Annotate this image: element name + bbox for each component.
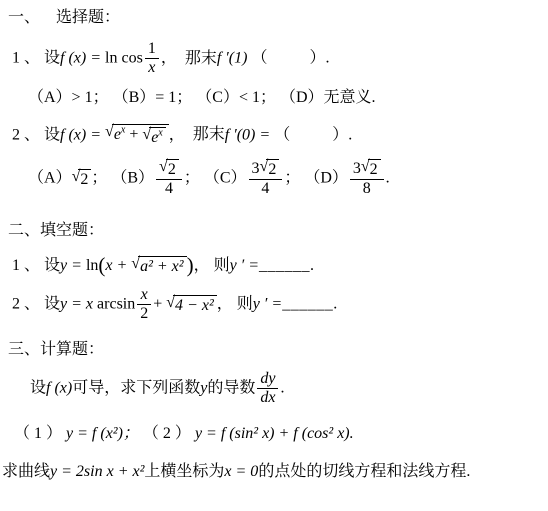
calc-period: .: [280, 379, 284, 396]
q1-derivative-at-1: f ′(1): [217, 50, 248, 67]
section-fill-heading: 二、填空题：: [0, 221, 548, 241]
calc-part1-label: （ 1 ）: [14, 425, 62, 442]
q2-she-label: 设: [44, 126, 60, 143]
calc-part2-label: （ 2 ）: [143, 425, 191, 442]
section-fill-number: 二、: [8, 222, 40, 239]
fill-q1-number: 1 、: [12, 257, 40, 274]
option-d-fraction: 3√28: [350, 159, 384, 199]
calc-intro: 设f (x)可导，求下列函数y的导数dydx.: [0, 370, 548, 408]
q1-option-d: （D）无意义.: [280, 89, 376, 106]
option-c-numerator: 3√2: [249, 159, 283, 180]
section-calc-heading: 三、计算题：: [0, 340, 548, 360]
q2-close-paren: ）.: [332, 126, 352, 143]
fill-q2-arcsin: arcsin: [97, 296, 135, 313]
option-b-radicand: 2: [166, 159, 179, 179]
fraction-2-denominator: 2: [137, 305, 151, 323]
plus-sign: +: [129, 126, 138, 143]
calc-fx: f (x): [46, 379, 72, 396]
fraction-x-numerator: x: [137, 286, 151, 305]
outer-radical: √ex + √ex: [105, 124, 169, 147]
option-d-coefficient: 3: [353, 160, 361, 177]
fill-q2: 2 、 设y = x arcsinx2+ √4 − x²， 则y ′ =____…: [0, 286, 548, 324]
fill-q1-radicand: a² + x²: [138, 256, 187, 276]
tangent-curve-expression: y = 2sin x + x²: [50, 463, 144, 480]
option-d-denominator: 8: [350, 180, 384, 198]
fraction-dy-over-dx: dydx: [257, 370, 278, 408]
choice-q1-stem: 1 、 设f (x) = ln cos1x，那末f ′(1) （）.: [0, 40, 548, 78]
fill-q2-ze-label: 则: [237, 296, 253, 313]
fill-q2-y-prime: y ′ =: [253, 296, 282, 313]
fill-q1-answer-blank: ______: [259, 257, 310, 274]
q1-option-b: （B）= 1；: [113, 89, 193, 106]
option-d-radicand: 2: [368, 159, 381, 179]
option-a-radicand: 2: [78, 169, 91, 189]
q1-open-paren: （: [251, 50, 267, 67]
fill-q1-period: .: [310, 257, 314, 274]
q1-number: 1 、: [12, 50, 40, 67]
q1-option-a: （A）> 1；: [28, 89, 109, 106]
tangent-x-equals-0: x = 0: [224, 463, 258, 480]
fill-q1-ze-label: 则: [214, 257, 230, 274]
fill-q2-plus: +: [153, 296, 162, 313]
option-b-denominator: 4: [156, 180, 182, 198]
calc-mid-text: 可导，求下列函数: [72, 379, 200, 396]
fill-q1-x-plus: x +: [105, 257, 127, 274]
q2-number: 2 、: [12, 126, 40, 143]
q2-derivative-at-0: f ′(0) =: [225, 126, 270, 143]
q2-option-a-label: （A）: [28, 169, 72, 186]
option-c-denominator: 4: [249, 180, 283, 198]
inner-radical: √ex: [142, 127, 165, 147]
fill-q2-comma: ，: [217, 296, 233, 313]
fill-q2-lhs: y = x: [60, 296, 93, 313]
q1-option-c: （C）< 1；: [196, 89, 276, 106]
q2-comma: ，: [169, 126, 185, 143]
q2-option-a-separator: ；: [91, 169, 107, 186]
tangent-pre-text: 求曲线: [2, 463, 50, 480]
fill-q2-answer-blank: ______: [282, 296, 333, 313]
calc-mid2-text: 的导数: [207, 379, 255, 396]
option-c-radicand: 2: [266, 159, 279, 179]
q2-option-b-label: （B）: [111, 169, 154, 186]
q2-then-label: 那末: [193, 126, 225, 143]
option-c-coefficient: 3: [252, 160, 260, 177]
q1-comma: ，: [161, 50, 177, 67]
q2-function-lhs: f (x) =: [60, 126, 101, 143]
fill-q2-radical: √4 − x²: [166, 295, 216, 315]
q2-option-c-label: （C）: [204, 169, 247, 186]
q1-function-lhs: f (x) =: [60, 50, 101, 67]
calc-part2-expression: y = f (sin² x) + f (cos² x).: [195, 425, 354, 442]
q2-option-b-separator: ；: [184, 169, 200, 186]
section-choice-heading: 一、选择题：: [0, 8, 548, 28]
option-a-radical: √2: [72, 169, 92, 189]
section-calc-title: 计算题：: [40, 341, 104, 358]
tangent-post-text: 的点处的切线方程和法线方程.: [258, 463, 470, 480]
choice-q2-stem: 2 、 设f (x) = √ex + √ex，那末f ′(0) = （）.: [0, 124, 548, 147]
section-fill-title: 填空题：: [40, 222, 104, 239]
fill-q1-radical: √a² + x²: [131, 256, 186, 276]
outer-radicand: ex + √ex: [112, 124, 169, 147]
fill-q1-she-label: 设: [44, 257, 60, 274]
calc-parts: （ 1 ） y = f (x²)； （ 2 ） y = f (sin² x) +…: [0, 424, 548, 444]
fraction-dy: dy: [257, 370, 278, 389]
fill-q1: 1 、 设y = ln(x + √a² + x²)， 则y ′ =______.: [0, 255, 548, 276]
fill-q1-comma: ，: [194, 257, 210, 274]
option-c-radical: √2: [260, 159, 280, 179]
fill-q2-period: .: [333, 296, 337, 313]
q2-option-c-separator: ；: [284, 169, 300, 186]
fill-q2-radicand: 4 − x²: [173, 295, 217, 315]
fill-q1-lhs: y =: [60, 257, 82, 274]
fraction-denominator: x: [145, 59, 159, 77]
q2-option-d-period: .: [386, 169, 390, 186]
choice-q1-options: （A）> 1； （B）= 1； （C）< 1； （D）无意义.: [0, 88, 548, 108]
fill-q2-number: 2 、: [12, 296, 40, 313]
fill-q1-close-paren: ): [187, 253, 194, 277]
q1-close-paren: ）.: [309, 50, 329, 67]
fill-q2-she-label: 设: [44, 296, 60, 313]
section-calc-number: 三、: [8, 341, 40, 358]
option-b-fraction: √24: [156, 159, 182, 199]
fraction-numerator: 1: [145, 40, 159, 59]
fraction-1-over-x: 1x: [145, 40, 159, 78]
section-choice-number: 一、: [8, 9, 40, 26]
q1-she-label: 设: [44, 50, 60, 67]
option-d-numerator: 3√2: [350, 159, 384, 180]
section-choice-title: 选择题：: [56, 9, 120, 26]
q2-open-paren: （: [274, 126, 290, 143]
q1-ln-cos: ln cos: [105, 50, 143, 67]
fill-q1-y-prime: y ′ =: [230, 257, 259, 274]
calc-part1-expression: y = f (x²)；: [66, 425, 139, 442]
exam-document: 一、选择题： 1 、 设f (x) = ln cos1x，那末f ′(1) （）…: [0, 8, 548, 482]
tangent-mid-text: 上横坐标为: [144, 463, 224, 480]
calc-she-label: 设: [30, 379, 46, 396]
q2-option-d-label: （D）: [304, 169, 348, 186]
fraction-x-over-2: x2: [137, 286, 151, 324]
fill-q1-ln: ln: [86, 257, 98, 274]
option-c-fraction: 3√24: [249, 159, 283, 199]
option-d-radical: √2: [361, 159, 381, 179]
choice-q2-options: （A）√2； （B）√24； （C）3√24； （D）3√28.: [0, 159, 548, 199]
option-b-radical: √2: [159, 159, 179, 179]
inner-radicand: ex: [149, 127, 166, 147]
e-power-x-first: ex: [114, 126, 126, 143]
tangent-problem: 求曲线y = 2sin x + x²上横坐标为x = 0的点处的切线方程和法线方…: [0, 462, 548, 482]
option-b-numerator: √2: [156, 159, 182, 180]
fraction-dx: dx: [257, 389, 278, 407]
q1-then-label: 那末: [185, 50, 217, 67]
